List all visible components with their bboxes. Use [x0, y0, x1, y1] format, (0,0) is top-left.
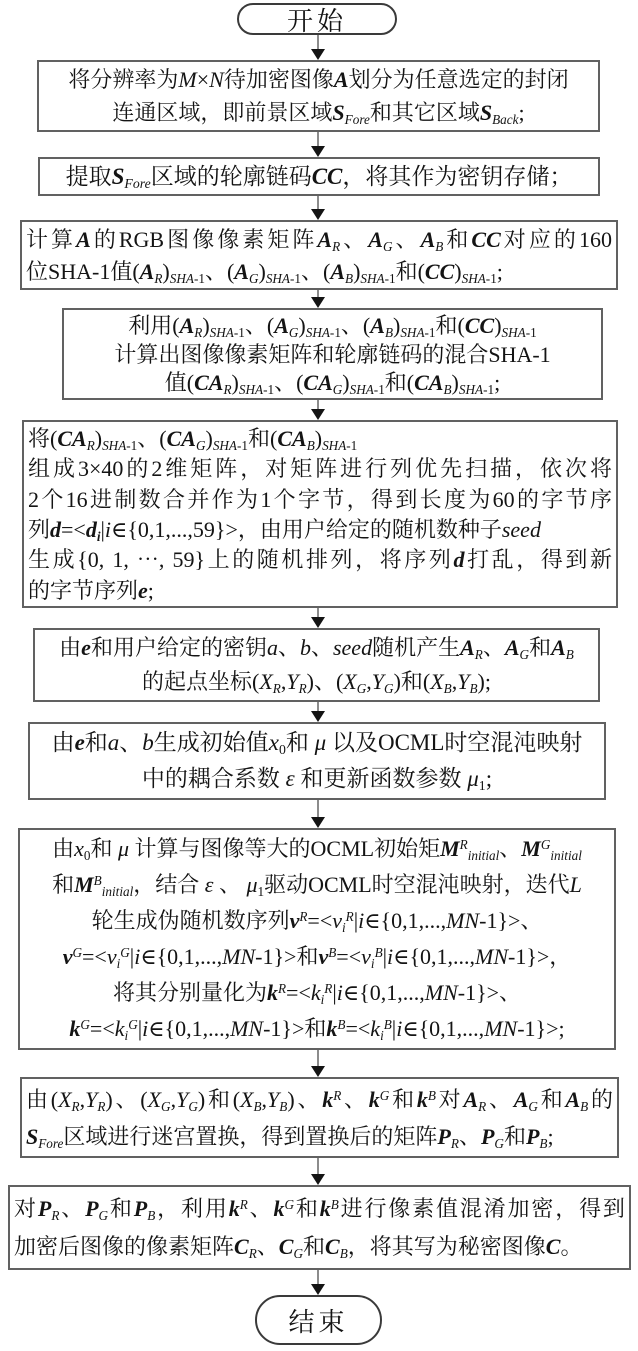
- process-box-ocml-sequences: 由x0和 μ 计算与图像等大的OCML初始矩MRinitial、MGinitia…: [18, 828, 616, 1050]
- process-box-mixed-sha1: 利用(AR)SHA-1、(AG)SHA-1、(AB)SHA-1和(CC)SHA-…: [62, 308, 603, 400]
- process-box-start-coordinates: 由e和用户给定的密钥a、b、seed随机产生AR、AG和AB 的起点坐标(XR,…: [33, 628, 600, 702]
- flow-arrow: [311, 132, 325, 157]
- text-line: 的字节序列e;: [28, 575, 612, 605]
- flow-arrow: [311, 608, 325, 628]
- process-box-partition-image: 将分辨率为M×N待加密图像A划分为任意选定的封闭 连通区域，即前景区域SFore…: [37, 60, 600, 132]
- down-arrow-icon: [311, 209, 325, 220]
- flow-arrow: [311, 1158, 325, 1185]
- process-box-extract-chain-code: 提取SFore区域的轮廓链码CC，将其作为密钥存储；: [38, 157, 600, 196]
- text-line: 将(CAR)SHA-1、(CAG)SHA-1和(CAB)SHA-1: [28, 423, 612, 453]
- text-line: 由x0和 μ 计算与图像等大的OCML初始矩MRinitial、MGinitia…: [24, 831, 610, 867]
- flow-arrow: [311, 800, 325, 828]
- process-box-byte-sequence: 将(CAR)SHA-1、(CAG)SHA-1和(CAB)SHA-1 组成3×40…: [22, 420, 618, 608]
- text-line: 生成{0, 1, ⋯, 59}上的随机排列，将序列d打乱，得到新: [28, 544, 612, 574]
- arrow-shaft: [317, 702, 319, 711]
- process-box-compute-sha1: 计算A的RGB图像像素矩阵AR、AG、AB和CC对应的160 位SHA-1值(A…: [20, 220, 618, 290]
- text-line: kG=<kiG|i∈{0,1,...,MN-1}>和kB=<kiB|i∈{0,1…: [24, 1011, 610, 1047]
- text-line: 由(XR,YR)、(XG,YG)和(XB,YB)、kR、kG和kB对AR、AG和…: [26, 1081, 613, 1118]
- down-arrow-icon: [311, 297, 325, 308]
- arrow-shaft: [317, 1050, 319, 1066]
- flow-arrow: [311, 1270, 325, 1295]
- process-box-maze-permutation: 由(XR,YR)、(XG,YG)和(XB,YB)、kR、kG和kB对AR、AG和…: [20, 1077, 619, 1158]
- flowchart-canvas: 开始 将分辨率为M×N待加密图像A划分为任意选定的封闭 连通区域，即前景区域SF…: [0, 0, 638, 1351]
- text-line: vG=<viG|i∈{0,1,...,MN-1}>和vB=<viB|i∈{0,1…: [24, 939, 610, 975]
- flow-arrow: [311, 702, 325, 722]
- arrow-shaft: [317, 1158, 319, 1174]
- arrow-shaft: [317, 290, 319, 297]
- process-box-pixel-confusion: 对PR、PG和PB，利用kR、kG和kB进行像素值混淆加密，得到 加密后图像的像…: [8, 1185, 631, 1270]
- text-line: 列d=<di|i∈{0,1,...,59}>，由用户给定的随机数种子seed: [28, 514, 612, 544]
- down-arrow-icon: [311, 1174, 325, 1185]
- flow-arrow: [311, 35, 325, 60]
- text-line: 中的耦合系数 ε 和更新函数参数 μ1;: [34, 761, 600, 797]
- arrow-shaft: [317, 400, 319, 409]
- down-arrow-icon: [311, 409, 325, 420]
- text-line: 值(CAR)SHA-1、(CAG)SHA-1和(CAB)SHA-1;: [68, 368, 597, 397]
- text-line: 位SHA-1值(AR)SHA-1、(AG)SHA-1、(AB)SHA-1和(CC…: [26, 255, 612, 287]
- start-node: 开始: [237, 3, 397, 35]
- text-line: 由e和a、b生成初始值x0和 μ 以及OCML时空混沌映射: [34, 725, 600, 761]
- text-line: 2个16进制数合并作为1个字节，得到长度为60的字节序: [28, 484, 612, 514]
- text-line: 提取SFore区域的轮廓链码CC，将其作为密钥存储；: [44, 160, 594, 193]
- down-arrow-icon: [311, 711, 325, 722]
- text-line: 将其分别量化为kR=<kiR|i∈{0,1,...,MN-1}>、: [24, 975, 610, 1011]
- down-arrow-icon: [311, 1284, 325, 1295]
- end-node: 结束: [255, 1295, 382, 1345]
- arrow-shaft: [317, 35, 319, 49]
- flow-arrow: [311, 196, 325, 220]
- text-line: 计算出图像像素矩阵和轮廓链码的混合SHA-1: [68, 340, 597, 369]
- text-line: 组成3×40的2维矩阵，对矩阵进行列优先扫描，依次将: [28, 453, 612, 483]
- text-line: 将分辨率为M×N待加密图像A划分为任意选定的封闭: [43, 63, 594, 96]
- text-line: 轮生成伪随机数序列vR=<viR|i∈{0,1,...,MN-1}>、: [24, 903, 610, 939]
- process-box-initial-values: 由e和a、b生成初始值x0和 μ 以及OCML时空混沌映射 中的耦合系数 ε 和…: [28, 722, 606, 800]
- down-arrow-icon: [311, 817, 325, 828]
- down-arrow-icon: [311, 49, 325, 60]
- end-label: 结束: [288, 1302, 348, 1339]
- arrow-shaft: [317, 196, 319, 209]
- text-line: 由e和用户给定的密钥a、b、seed随机产生AR、AG和AB: [39, 631, 594, 665]
- text-line: 利用(AR)SHA-1、(AG)SHA-1、(AB)SHA-1和(CC)SHA-…: [68, 311, 597, 340]
- arrow-shaft: [317, 132, 319, 146]
- text-line: 加密后图像的像素矩阵CR、CG和CB，将其写为秘密图像C。: [14, 1228, 625, 1266]
- flow-arrow: [311, 290, 325, 308]
- arrow-shaft: [317, 608, 319, 617]
- down-arrow-icon: [311, 1066, 325, 1077]
- text-line: 的起点坐标(XR,YR)、(XG,YG)和(XB,YB);: [39, 665, 594, 699]
- text-line: 连通区域，即前景区域SFore和其它区域SBack;: [43, 96, 594, 129]
- text-line: 对PR、PG和PB，利用kR、kG和kB进行像素值混淆加密，得到: [14, 1190, 625, 1228]
- text-line: 计算A的RGB图像像素矩阵AR、AG、AB和CC对应的160: [26, 223, 612, 255]
- down-arrow-icon: [311, 146, 325, 157]
- arrow-shaft: [317, 800, 319, 817]
- arrow-shaft: [317, 1270, 319, 1284]
- text-line: SFore区域进行迷宫置换，得到置换后的矩阵PR、PG和PB;: [26, 1118, 613, 1155]
- text-line: 和MBinitial，结合 ε 、 μ1驱动OCML时空混沌映射，迭代L: [24, 867, 610, 903]
- flow-arrow: [311, 1050, 325, 1077]
- start-label: 开始: [287, 1, 347, 38]
- flow-arrow: [311, 400, 325, 420]
- down-arrow-icon: [311, 617, 325, 628]
